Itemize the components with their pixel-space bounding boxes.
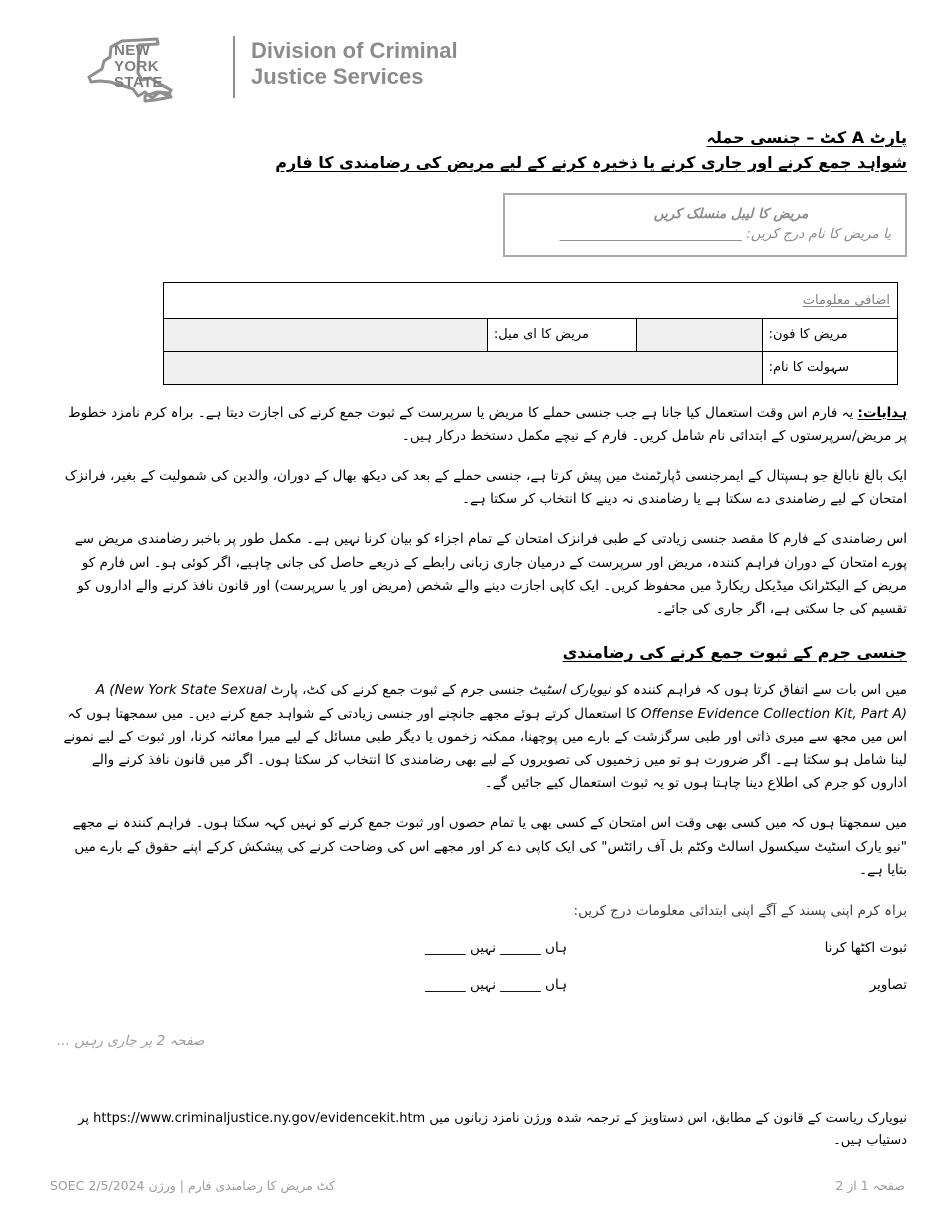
patient-email-input[interactable] <box>164 318 488 351</box>
continued-on-page-2-note: صفحہ 2 پر جاری رہیں ... <box>57 1033 907 1049</box>
or-enter-name-label: یا مریض کا نام درج کریں: <box>746 226 891 242</box>
facility-name-label: سہولت کا نام: <box>762 351 897 384</box>
title-line1: پارٹ A کٹ – جنسی حملہ <box>707 128 907 147</box>
ny-state-wordmark: NEW YORK STATE <box>114 43 163 91</box>
title-line2: شواہد جمع کرنے اور جاری کرنے یا ذخیرہ کر… <box>275 153 907 172</box>
dcjs-logo: NEW YORK STATE Division of Criminal Just… <box>57 30 950 112</box>
additional-info-table: اضافی معلومات مریض کا ای میل: مریض کا فو… <box>163 282 898 385</box>
yes-no-initials-blanks[interactable]: ہاں ______ نہیں ______ <box>425 977 567 993</box>
consent-agreement-paragraph: میں اس بات سے اتفاق کرتا ہوں کہ فراہم کن… <box>57 679 907 795</box>
agree-nys-italic: نیویارک اسٹیٹ <box>529 682 611 698</box>
state-word-line: STATE <box>114 75 163 91</box>
purpose-paragraph: اس رضامندی کے فارم کا مقصد جنسی زیادتی ک… <box>57 528 907 621</box>
facility-name-input[interactable] <box>164 351 763 384</box>
choice-row-photographs: تصاویر ہاں ______ نہیں ______ <box>57 977 907 993</box>
document-page: NEW YORK STATE Division of Criminal Just… <box>0 0 950 1230</box>
patient-name-blank[interactable]: ___________________________ <box>560 226 742 242</box>
footer-version-text: SOEC کٹ مریض کا رضامندی فارم | ورژن 2/5/… <box>50 1178 335 1193</box>
choice-label: تصاویر <box>567 977 907 993</box>
document-title: پارٹ A کٹ – جنسی حملہ شواہد جمع کرنے اور… <box>57 126 907 176</box>
or-enter-name-line: یا مریض کا نام درج کریں: _______________… <box>519 226 891 242</box>
agency-name-line2: Justice Services <box>251 64 458 90</box>
footer-page-number: صفحہ 1 از 2 <box>835 1178 905 1193</box>
additional-info-header: اضافی معلومات <box>803 293 890 308</box>
logo-divider <box>233 36 235 98</box>
attach-patient-label-text: مریض کا لیبل منسلک کریں <box>519 206 891 222</box>
initials-prompt: براہ کرم اپنی پسند کے آگے اپنی ابتدائی م… <box>57 903 907 919</box>
state-word-line: YORK <box>114 59 163 75</box>
minor-consent-paragraph: ایک بالغ نابالغ جو ہسپتال کے ایمرجنسی ڈپ… <box>57 465 907 511</box>
patient-phone-label: مریض کا فون: <box>762 318 897 351</box>
instructions-paragraph: ہدایات: یہ فارم اس وقت استعمال کیا جانا … <box>57 402 907 448</box>
agree-mid: جنسی جرم کے ثبوت جمع کرنے کی کٹ، پارٹ <box>266 682 528 698</box>
page-footer: SOEC کٹ مریض کا رضامندی فارم | ورژن 2/5/… <box>50 1178 905 1193</box>
agency-name: Division of Criminal Justice Services <box>251 38 458 90</box>
choice-label: ثبوت اکٹھا کرنا <box>567 940 907 956</box>
patient-email-label: مریض کا ای میل: <box>487 318 636 351</box>
instructions-text: یہ فارم اس وقت استعمال کیا جانا ہے جب جن… <box>68 405 907 444</box>
choice-row-evidence-collection: ثبوت اکٹھا کرنا ہاں ______ نہیں ______ <box>57 940 907 956</box>
additional-info-header-cell: اضافی معلومات <box>164 282 898 318</box>
ny-state-mark: NEW YORK STATE <box>57 30 225 112</box>
patient-phone-input[interactable] <box>637 318 762 351</box>
consent-section-heading: جنسی جرم کے ثبوت جمع کرنے کی رضامندی <box>57 643 907 662</box>
agree-pre: میں اس بات سے اتفاق کرتا ہوں کہ فراہم کن… <box>611 682 907 698</box>
translation-availability-note: نیویارک ریاست کے قانون کے مطابق، اس دستا… <box>57 1108 907 1152</box>
agency-name-line1: Division of Criminal <box>251 38 458 64</box>
state-word-line: NEW <box>114 43 163 59</box>
patient-label-box: مریض کا لیبل منسلک کریں یا مریض کا نام د… <box>503 193 907 257</box>
instructions-label: ہدایات: <box>858 405 907 421</box>
rights-paragraph: میں سمجھتا ہوں کہ میں کسی بھی وقت اس امت… <box>57 812 907 882</box>
yes-no-initials-blanks[interactable]: ہاں ______ نہیں ______ <box>425 940 567 956</box>
